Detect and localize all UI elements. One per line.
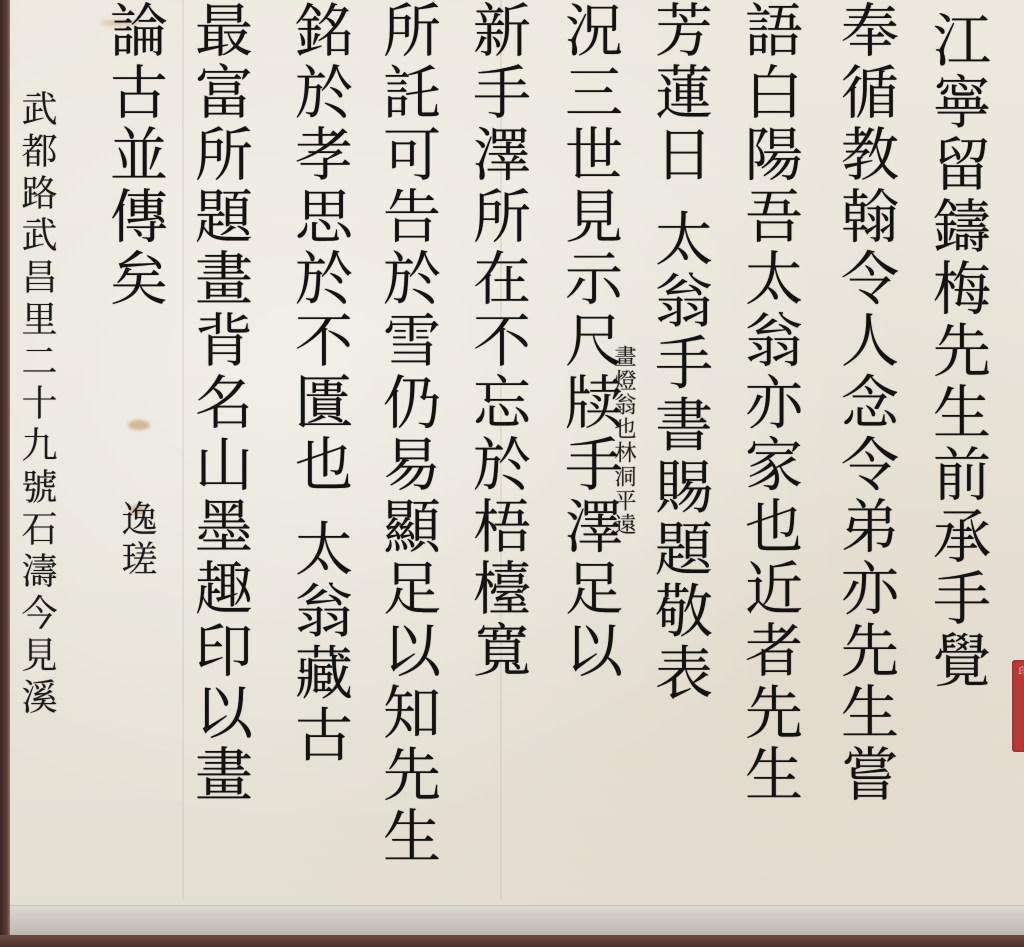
interlinear-annotation: 畫燈翁也林洞平遠 xyxy=(612,345,634,537)
calligraphy-column-1: 江寧留鑄梅先生前承手覺 xyxy=(928,10,986,692)
calligraphy-column-9: 最富所題畫背名山墨趣印以畫 xyxy=(190,0,248,806)
calligraphy-column-10: 論古並傳矣 xyxy=(105,0,163,310)
calligraphy-column-2: 奉循教翰令人念令弟亦先生嘗 xyxy=(836,0,894,806)
calligraphy-column-5: 況三世見示尺牍手澤足以 xyxy=(560,0,618,682)
calligraphy-column-4: 芳蓮日 太翁手書賜題敬表 xyxy=(650,0,708,704)
calligraphy-column-7: 所託可告於雪仍易顯足以知先生 xyxy=(378,0,436,868)
red-seal: 印 xyxy=(1012,660,1024,752)
paper-fold-line xyxy=(182,0,184,900)
signature: 逸瑳 xyxy=(118,500,154,580)
calligraphy-column-address: 武都路武昌里二十九號石濤今見溪 xyxy=(18,90,54,720)
seal-text: 印 xyxy=(1014,666,1024,676)
mounting-strip xyxy=(10,905,1024,936)
calligraphy-column-6: 新手澤所在不忘於梧檯寬 xyxy=(468,0,526,682)
paper-stain xyxy=(128,420,150,430)
frame-left-edge xyxy=(0,0,10,947)
calligraphy-column-8: 銘於孝思於不匱也 太翁藏古 xyxy=(290,0,348,766)
frame-bottom-edge xyxy=(0,935,1024,947)
calligraphy-column-3: 語白陽吾太翁亦家也近者先生 xyxy=(740,0,798,806)
